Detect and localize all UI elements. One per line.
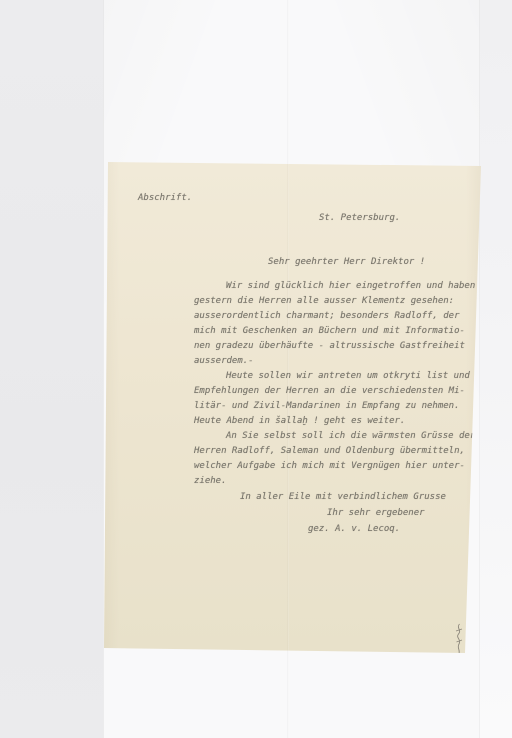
letter-body: Wir sind glücklich hier eingetroffen und… [194,279,470,489]
body-line: ziehe. [194,474,470,489]
body-line: welcher Aufgabe ich mich mit Vergnügen h… [194,459,470,474]
scanner-background-left [0,0,104,738]
body-line: ausserdem.- [194,354,470,369]
body-line: Wir sind glücklich hier eingetroffen und… [194,279,470,294]
body-line: gestern die Herren alle ausser Klementz … [194,294,470,309]
signature-intro: Ihr sehr ergebener [327,506,425,521]
closing-line: In aller Eile mit verbindlichem Grusse [240,490,446,505]
signature: gez. A. v. Lecoq. [308,522,400,537]
body-line: nen gradezu überhäufte - altrussische Ga… [194,339,470,354]
dateline: St. Petersburg. [319,211,400,226]
body-line: Empfehlungen der Herren an die verschied… [194,384,470,399]
pencil-annotation [453,622,465,658]
body-line: Herren Radloff, Saleman und Oldenburg üb… [194,444,470,459]
body-line: An Sie selbst soll ich die wärmsten Grüs… [194,429,470,444]
scanner-background-right [479,0,512,738]
body-line: ausserordentlich charmant; besonders Rad… [194,309,470,324]
copy-label: Abschrift. [138,191,192,206]
body-line: litär- und Zivil-Mandarinen in Empfang z… [194,399,470,414]
body-line: Heute Abend in šallaḫ ! geht es weiter. [194,414,470,429]
body-line: Heute sollen wir antreten um otkryti lis… [194,369,470,384]
scanned-letter-view: Abschrift. St. Petersburg. Sehr geehrter… [0,0,512,738]
letter-page: Abschrift. St. Petersburg. Sehr geehrter… [104,161,481,655]
salutation: Sehr geehrter Herr Direktor ! [268,255,425,270]
body-line: mich mit Geschenken an Büchern und mit I… [194,324,470,339]
